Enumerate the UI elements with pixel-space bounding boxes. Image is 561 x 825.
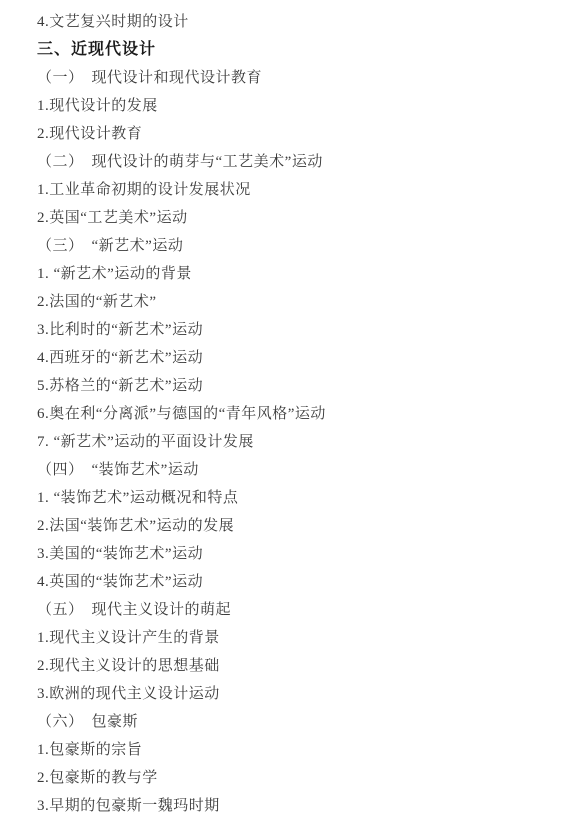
outline-line: （六） 包豪斯 [37, 708, 541, 736]
outline-line: （二） 现代设计的萌芽与“工艺美术”运动 [37, 148, 541, 176]
outline-line: 3.早期的包豪斯一魏玛时期 [37, 792, 541, 820]
outline-line: 2.现代主义设计的思想基础 [37, 652, 541, 680]
outline-line: 4.文艺复兴时期的设计 [37, 8, 541, 36]
outline-line: 2.包豪斯的教与学 [37, 764, 541, 792]
outline-line: 2.法国“装饰艺术”运动的发展 [37, 512, 541, 540]
outline-line: 3.比利时的“新艺术”运动 [37, 316, 541, 344]
outline-line: 2.现代设计教育 [37, 120, 541, 148]
section-heading: 三、近现代设计 [37, 36, 541, 64]
document-page: 4.文艺复兴时期的设计三、近现代设计（一） 现代设计和现代设计教育1.现代设计的… [0, 0, 561, 825]
outline-line: 4.英国的“装饰艺术”运动 [37, 568, 541, 596]
outline-line: 7. “新艺术”运动的平面设计发展 [37, 428, 541, 456]
outline-line: 1. “装饰艺术”运动概况和特点 [37, 484, 541, 512]
outline-line: 3.欧洲的现代主义设计运动 [37, 680, 541, 708]
outline-line: 2.英国“工艺美术”运动 [37, 204, 541, 232]
outline-line: 3.美国的“装饰艺术”运动 [37, 540, 541, 568]
outline-line: 2.法国的“新艺术” [37, 288, 541, 316]
outline-line: （五） 现代主义设计的萌起 [37, 596, 541, 624]
outline-line: 1.现代设计的发展 [37, 92, 541, 120]
outline-line: 1. “新艺术”运动的背景 [37, 260, 541, 288]
outline-line: （四） “装饰艺术”运动 [37, 456, 541, 484]
outline-line: 1.包豪斯的宗旨 [37, 736, 541, 764]
outline-line: （一） 现代设计和现代设计教育 [37, 64, 541, 92]
outline-line: （三） “新艺术”运动 [37, 232, 541, 260]
outline-line: 6.奥在利“分离派”与德国的“青年风格”运动 [37, 400, 541, 428]
outline-line: 1.工业革命初期的设计发展状况 [37, 176, 541, 204]
outline-line: 1.现代主义设计产生的背景 [37, 624, 541, 652]
outline-line: 5.苏格兰的“新艺术”运动 [37, 372, 541, 400]
outline-line: 4.西班牙的“新艺术”运动 [37, 344, 541, 372]
